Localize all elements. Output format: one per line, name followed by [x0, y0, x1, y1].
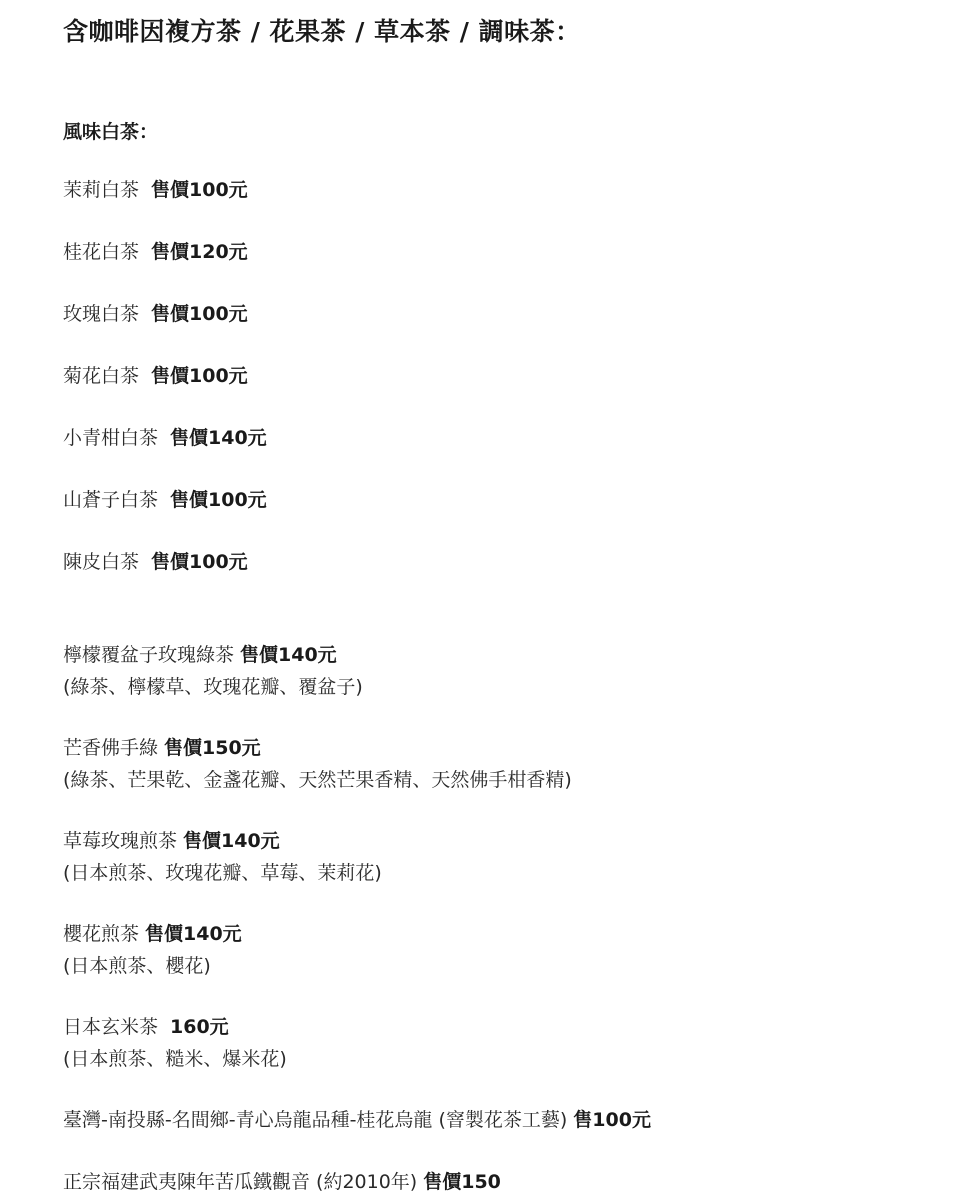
- list-item: 小青柑白茶售價140元: [63, 425, 267, 451]
- white-tea-heading: 風味白茶：: [63, 117, 158, 144]
- item-price: 售100元: [573, 1109, 651, 1131]
- item-price: 售價140元: [240, 644, 337, 666]
- item-price: 售價100元: [151, 179, 248, 201]
- list-item: 菊花白茶售價100元: [63, 363, 248, 389]
- blend-item: 芒香佛手綠售價150元: [63, 735, 261, 761]
- list-item: 茉莉白茶售價100元: [63, 177, 248, 203]
- item-price: 售價140元: [183, 830, 280, 852]
- list-item: 桂花白茶售價120元: [63, 239, 248, 265]
- list-item: 陳皮白茶售價100元: [63, 549, 248, 575]
- item-name: 草莓玫瑰煎茶: [63, 830, 177, 852]
- list-item: 山蒼子白茶售價100元: [63, 487, 267, 513]
- item-price: 售價100元: [170, 489, 267, 511]
- item-name: 山蒼子白茶: [63, 489, 158, 511]
- item-price: 售價100元: [151, 303, 248, 325]
- blend-item: 草莓玫瑰煎茶售價140元: [63, 828, 280, 854]
- item-price: 售價140元: [145, 923, 242, 945]
- item-name: 桂花白茶: [63, 241, 139, 263]
- item-price: 售價120元: [151, 241, 248, 263]
- blend-item: 櫻花煎茶售價140元: [63, 921, 242, 947]
- item-name: 檸檬覆盆子玫瑰綠茶: [63, 644, 234, 666]
- item-name: 菊花白茶: [63, 365, 139, 387]
- item-name: 陳皮白茶: [63, 551, 139, 573]
- item-price: 售價100元: [151, 551, 248, 573]
- item-ingredients: (日本煎茶、櫻花): [63, 953, 211, 979]
- extra-item: 臺灣-南投縣-名間鄉-青心烏龍品種-桂花烏龍 (窨製花茶工藝)售100元: [63, 1107, 651, 1133]
- item-name: 日本玄米茶: [63, 1016, 158, 1038]
- item-price: 售價100元: [151, 365, 248, 387]
- item-name: 正宗福建武夷陳年苦瓜鐵觀音 (約2010年): [63, 1171, 417, 1193]
- item-price: 160元: [170, 1016, 229, 1038]
- item-name: 臺灣-南投縣-名間鄉-青心烏龍品種-桂花烏龍 (窨製花茶工藝): [63, 1109, 567, 1131]
- blend-item: 檸檬覆盆子玫瑰綠茶售價140元: [63, 642, 337, 668]
- item-price: 售價150: [423, 1171, 501, 1193]
- item-ingredients: (日本煎茶、玫瑰花瓣、草莓、茉莉花): [63, 860, 382, 886]
- item-ingredients: (綠茶、檸檬草、玫瑰花瓣、覆盆子): [63, 674, 363, 700]
- item-price: 售價140元: [170, 427, 267, 449]
- item-ingredients: (日本煎茶、糙米、爆米花): [63, 1046, 287, 1072]
- list-item: 玫瑰白茶售價100元: [63, 301, 248, 327]
- item-price: 售價150元: [164, 737, 261, 759]
- extra-item: 正宗福建武夷陳年苦瓜鐵觀音 (約2010年)售價150: [63, 1169, 501, 1195]
- item-name: 玫瑰白茶: [63, 303, 139, 325]
- page-title: 含咖啡因複方茶 / 花果茶 / 草本茶 / 調味茶：: [63, 12, 581, 48]
- item-ingredients: (綠茶、芒果乾、金盞花瓣、天然芒果香精、天然佛手柑香精): [63, 767, 572, 793]
- item-name: 茉莉白茶: [63, 179, 139, 201]
- item-name: 芒香佛手綠: [63, 737, 158, 759]
- blend-item: 日本玄米茶160元: [63, 1014, 229, 1040]
- item-name: 櫻花煎茶: [63, 923, 139, 945]
- item-name: 小青柑白茶: [63, 427, 158, 449]
